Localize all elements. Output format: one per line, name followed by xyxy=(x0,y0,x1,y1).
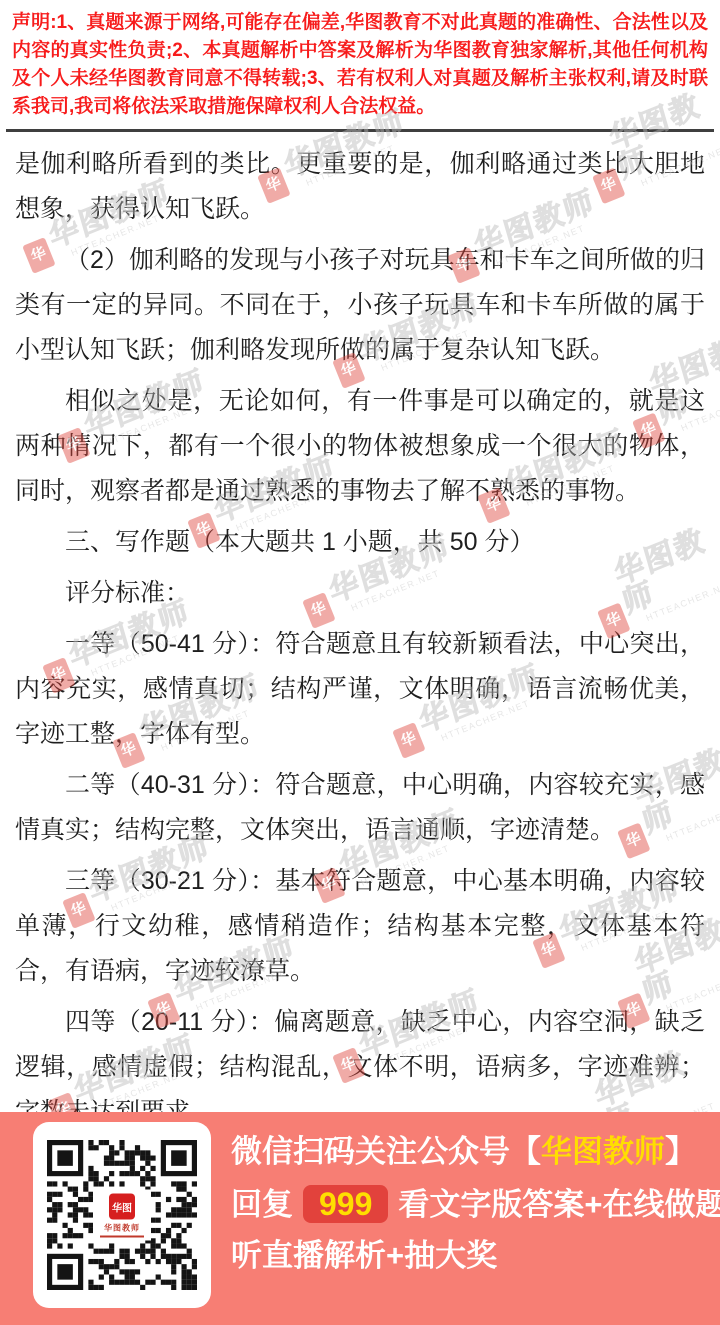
footer-line-reply-code: 回复999看文字版答案+在线做题估分 xyxy=(231,1185,701,1223)
qr-badge-underline xyxy=(100,1236,144,1238)
disclaimer-label: 声明: xyxy=(12,12,57,33)
section-heading-writing-question: 三、写作题（本大题共 1 小题，共 50 分） xyxy=(15,520,705,565)
paragraph-point-2: （2）伽利略的发现与小孩子对玩具车和卡车之间所做的归类有一定的异同。不同在于，小… xyxy=(15,238,705,373)
disclaimer-text: 声明:1、真题来源于网络,可能存在偏差,华图教育不对此真题的准确性、合法性以及内… xyxy=(0,0,720,125)
footer-text-block: 微信扫码关注公众号【华图教师】 回复999看文字版答案+在线做题估分 听直播解析… xyxy=(231,1134,701,1289)
footer-line2-suffix: 看文字版答案+在线做题估分 xyxy=(398,1187,720,1222)
disclaimer-body: 1、真题来源于网络,可能存在偏差,华图教育不对此真题的准确性、合法性以及内容的真… xyxy=(12,12,708,117)
grade-1-criteria: 一等（50-41 分）：符合题意且有较新颖看法，中心突出，内容充实，感情真切；结… xyxy=(15,622,705,757)
scoring-criteria-label: 评分标准： xyxy=(15,571,705,616)
footer-line1-brand: 华图教师 xyxy=(541,1134,665,1169)
disclaimer-divider xyxy=(6,129,714,132)
reply-code-badge: 999 xyxy=(303,1185,388,1223)
footer-promo-banner: 华图 华图教师 微信扫码关注公众号【华图教师】 回复999看文字版答案+在线做题… xyxy=(0,1112,720,1325)
qr-code: 华图 华图教师 xyxy=(33,1122,211,1308)
footer-reply-label: 回复 xyxy=(231,1187,293,1222)
qr-badge-brand: 华图教师 xyxy=(96,1223,148,1234)
footer-line1-suffix: 】 xyxy=(665,1134,696,1169)
huatu-logo-icon: 华图 xyxy=(109,1194,135,1220)
footer-line-livestream: 听直播解析+抽大奖 xyxy=(231,1238,701,1274)
document-body: 是伽利略所看到的类比。更重要的是，伽利略通过类比大胆地想象，获得认知飞跃。 （2… xyxy=(0,132,720,1135)
footer-line1-prefix: 微信扫码关注公众号【 xyxy=(231,1134,541,1169)
paragraph-similarity: 相似之处是，无论如何，有一件事是可以确定的，就是这两种情况下，都有一个很小的物体… xyxy=(15,379,705,514)
qr-center-badge: 华图 华图教师 xyxy=(93,1190,151,1241)
paragraph-galileo-analogy: 是伽利略所看到的类比。更重要的是，伽利略通过类比大胆地想象，获得认知飞跃。 xyxy=(15,142,705,232)
footer-line-wechat: 微信扫码关注公众号【华图教师】 xyxy=(231,1134,701,1170)
grade-2-criteria: 二等（40-31 分）：符合题意，中心明确，内容较充实，感情真实；结构完整，文体… xyxy=(15,763,705,853)
grade-3-criteria: 三等（30-21 分）：基本符合题意，中心基本明确，内容较单薄，行文幼稚，感情稍… xyxy=(15,859,705,994)
